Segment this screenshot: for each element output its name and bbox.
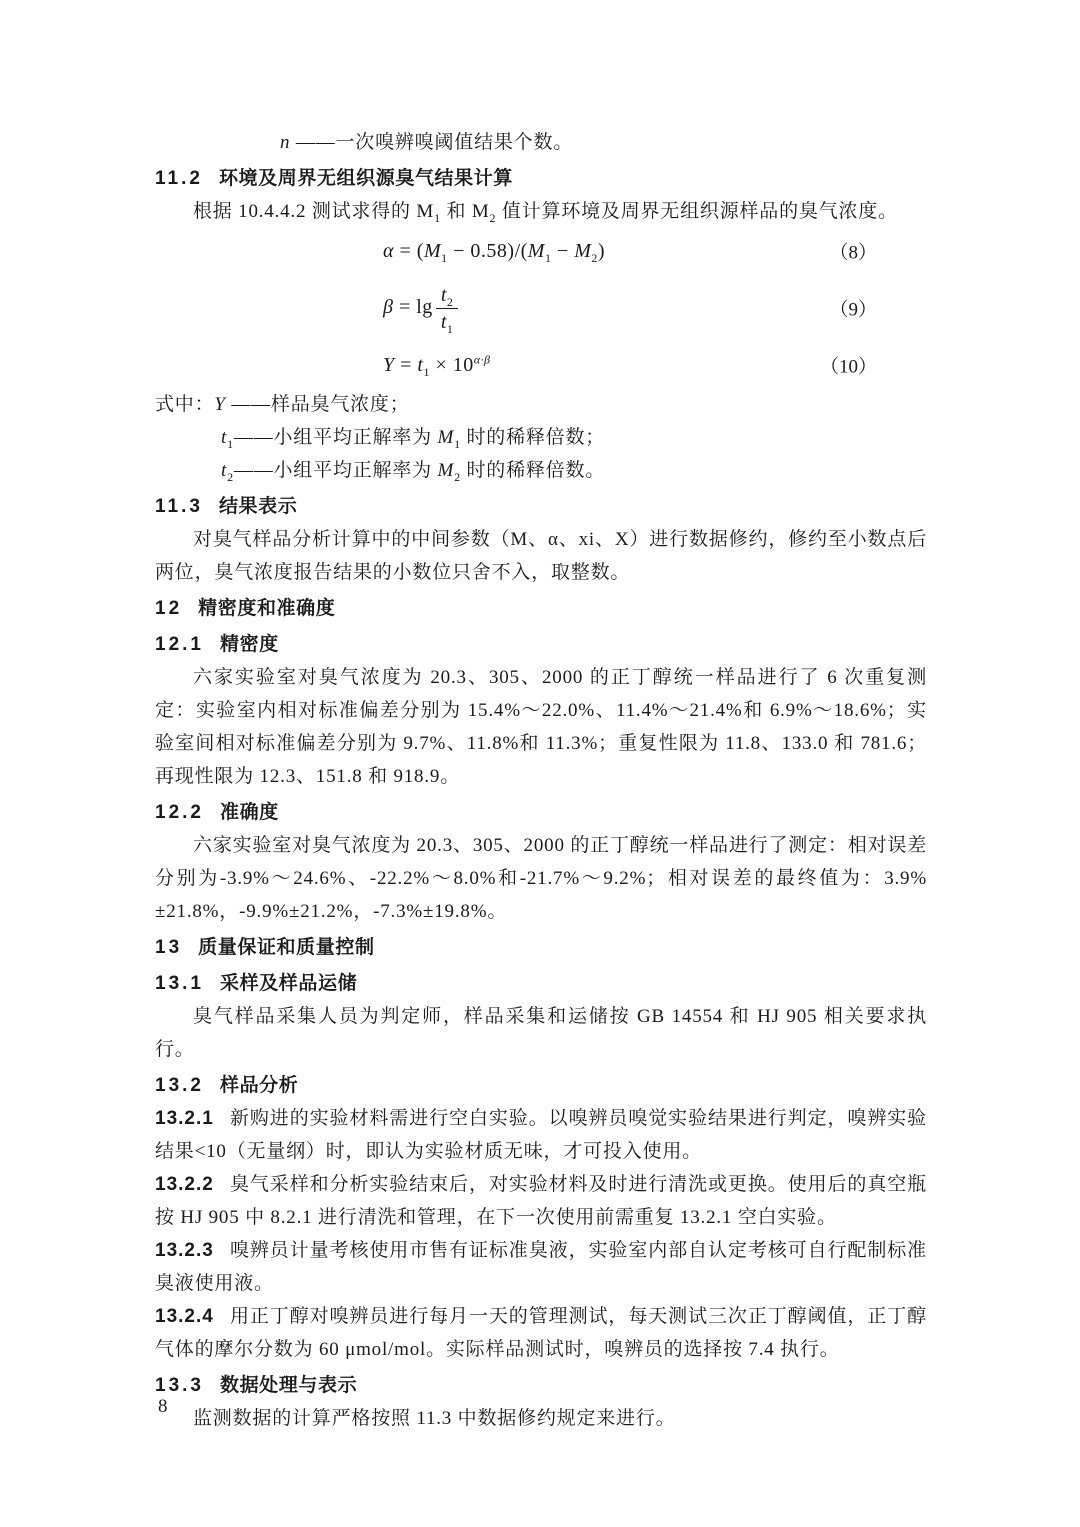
paragraph-13-3: 监测数据的计算严格按照 11.3 中数据修约规定来进行。 xyxy=(155,1402,927,1435)
clause-number: 13.2.4 xyxy=(155,1306,214,1327)
text-run: − 0.58 xyxy=(448,240,508,262)
equation-10: Y = t1 × 10α·β （10） xyxy=(155,342,927,388)
var-Y: Y xyxy=(383,354,395,376)
section-heading-12-1: 12.1精密度 xyxy=(155,628,927,661)
equation-8-number: （8） xyxy=(829,238,877,265)
text-run: 根据 10.4.4.2 测试求得的 M xyxy=(193,201,434,222)
var-M: M xyxy=(424,240,441,262)
where-line-t1: t1——小组平均正解率为 M1 时的稀释倍数； xyxy=(155,421,927,454)
var-M: M xyxy=(574,240,591,262)
subscript: 1 xyxy=(447,322,454,336)
paragraph-12-2: 六家实验室对臭气浓度为 20.3、305、2000 的正丁醇统一样品进行了测定：… xyxy=(155,829,927,928)
paren: )/( xyxy=(507,240,527,262)
equation-9-number: （9） xyxy=(829,295,877,322)
equation-10-formula: Y = t1 × 10α·β xyxy=(383,354,491,377)
text-run: 时的稀释倍数。 xyxy=(461,460,605,481)
subscript: 1 xyxy=(454,437,461,451)
subscript: 1 xyxy=(227,437,234,451)
section-number: 11.2 xyxy=(155,168,203,189)
clause-13-2-4: 13.2.4用正丁醇对嗅辨员进行每月一天的管理测试，每天测试三次正丁醇阈值，正丁… xyxy=(155,1300,927,1366)
section-heading-13-3: 13.3数据处理与表示 xyxy=(155,1369,927,1402)
clause-number: 13.2.2 xyxy=(155,1174,214,1195)
section-number: 12.2 xyxy=(155,802,204,823)
where-line-Y: 式中：Y ——样品臭气浓度； xyxy=(155,388,927,421)
equation-9: β = lgt2t1 （9） xyxy=(155,274,927,342)
section-heading-13: 13质量保证和质量控制 xyxy=(155,931,927,964)
term-text: ——一次嗅辨嗅阈值结果个数。 xyxy=(290,132,573,153)
section-number: 12 xyxy=(155,598,182,619)
paragraph-11-3: 对臭气样品分析计算中的中间参数（M、α、xi、X）进行数据修约，修约至小数点后两… xyxy=(155,523,927,589)
section-number: 11.3 xyxy=(155,496,203,517)
section-title: 采样及样品运储 xyxy=(220,973,357,994)
paragraph-12-1: 六家实验室对臭气浓度为 20.3、305、2000 的正丁醇统一样品进行了 6 … xyxy=(155,661,927,793)
section-heading-13-1: 13.1采样及样品运储 xyxy=(155,967,927,1000)
section-title: 精密度和准确度 xyxy=(198,598,335,619)
document-page: n ——一次嗅辨嗅阈值结果个数。 11.2环境及周界无组织源臭气结果计算 根据 … xyxy=(0,0,1080,1527)
symbol-n: n xyxy=(280,132,290,153)
log-operator: lg xyxy=(416,296,433,318)
paragraph-11-2-intro: 根据 10.4.4.2 测试求得的 M1 和 M2 值计算环境及周界无组织源样品… xyxy=(155,195,927,228)
var-M: M xyxy=(437,427,454,448)
var-alpha: α xyxy=(383,240,394,262)
equation-10-number: （10） xyxy=(820,352,877,379)
subscript: 2 xyxy=(454,470,461,484)
fraction-numerator: t2 xyxy=(436,282,459,309)
text-run: ——小组平均正解率为 xyxy=(234,460,438,481)
clause-13-2-2: 13.2.2臭气采样和分析实验结束后，对实验材料及时进行清洗或更换。使用后的真空… xyxy=(155,1168,927,1234)
equation-9-formula: β = lgt2t1 xyxy=(383,282,458,335)
var-beta: β xyxy=(383,296,393,318)
clause-text: 新购进的实验材料需进行空白实验。以嗅辨员嗅觉实验结果进行判定，嗅辨实验结果<10… xyxy=(155,1108,927,1162)
paren: ) xyxy=(598,240,605,262)
operator: = xyxy=(395,354,418,376)
equation-8: α = (M1 − 0.58)/(M1 − M2) （8） xyxy=(155,228,927,274)
text-run: ——样品臭气浓度； xyxy=(226,394,410,415)
section-number: 13.2 xyxy=(155,1075,204,1096)
section-title: 样品分析 xyxy=(220,1075,298,1096)
section-title: 数据处理与表示 xyxy=(220,1375,357,1396)
section-heading-12: 12精密度和准确度 xyxy=(155,592,927,625)
var-M: M xyxy=(437,460,454,481)
section-title: 结果表示 xyxy=(219,496,297,517)
section-heading-13-2: 13.2样品分析 xyxy=(155,1069,927,1102)
fraction: t2t1 xyxy=(436,282,459,335)
operator: − xyxy=(551,240,574,262)
subscript: 2 xyxy=(447,295,454,309)
clause-text: 用正丁醇对嗅辨员进行每月一天的管理测试，每天测试三次正丁醇阈值，正丁醇气体的摩尔… xyxy=(155,1306,927,1360)
paragraph-13-1: 臭气样品采集人员为判定师，样品采集和运储按 GB 14554 和 HJ 905 … xyxy=(155,1000,927,1066)
clause-13-2-1: 13.2.1新购进的实验材料需进行空白实验。以嗅辨员嗅觉实验结果进行判定，嗅辨实… xyxy=(155,1102,927,1168)
clause-text: 臭气采样和分析实验结束后，对实验材料及时进行清洗或更换。使用后的真空瓶按 HJ … xyxy=(155,1174,927,1228)
section-title: 环境及周界无组织源臭气结果计算 xyxy=(219,168,513,189)
fraction-denominator: t1 xyxy=(436,309,459,335)
equation-8-formula: α = (M1 − 0.58)/(M1 − M2) xyxy=(383,240,605,263)
text-run: ——小组平均正解率为 xyxy=(234,427,438,448)
var-Y: Y xyxy=(214,394,225,415)
clause-number: 13.2.1 xyxy=(155,1108,214,1129)
section-number: 13 xyxy=(155,937,182,958)
paren: ( xyxy=(417,240,424,262)
clause-text: 嗅辨员计量考核使用市售有证标准臭液，实验室内部自认定考核可自行配制标准臭液使用液… xyxy=(155,1240,927,1294)
section-number: 13.1 xyxy=(155,973,204,994)
section-title: 准确度 xyxy=(220,802,279,823)
text-run: 时的稀释倍数； xyxy=(461,427,605,448)
section-title: 精密度 xyxy=(220,634,279,655)
text-run: 值计算环境及周界无组织源样品的臭气浓度。 xyxy=(496,201,898,222)
operator: = xyxy=(394,240,417,262)
section-heading-12-2: 12.2准确度 xyxy=(155,796,927,829)
clause-13-2-3: 13.2.3嗅辨员计量考核使用市售有证标准臭液，实验室内部自认定考核可自行配制标… xyxy=(155,1234,927,1300)
subscript: 2 xyxy=(227,470,234,484)
exponent: α·β xyxy=(474,352,491,366)
var-M: M xyxy=(528,240,545,262)
page-content: n ——一次嗅辨嗅阈值结果个数。 11.2环境及周界无组织源臭气结果计算 根据 … xyxy=(155,126,927,1435)
where-line-t2: t2——小组平均正解率为 M2 时的稀释倍数。 xyxy=(155,454,927,487)
clause-number: 13.2.3 xyxy=(155,1240,214,1261)
section-heading-11-2: 11.2环境及周界无组织源臭气结果计算 xyxy=(155,162,927,195)
term-definition-n: n ——一次嗅辨嗅阈值结果个数。 xyxy=(155,126,927,159)
section-number: 13.3 xyxy=(155,1375,204,1396)
page-number: 8 xyxy=(158,1396,168,1418)
where-label: 式中： xyxy=(155,394,214,415)
section-title: 质量保证和质量控制 xyxy=(198,937,374,958)
subscript: 1 xyxy=(434,211,441,225)
section-heading-11-3: 11.3结果表示 xyxy=(155,490,927,523)
operator: = xyxy=(393,296,416,318)
section-number: 12.1 xyxy=(155,634,204,655)
text-run: 和 M xyxy=(441,201,490,222)
operator: × 10 xyxy=(430,354,474,376)
